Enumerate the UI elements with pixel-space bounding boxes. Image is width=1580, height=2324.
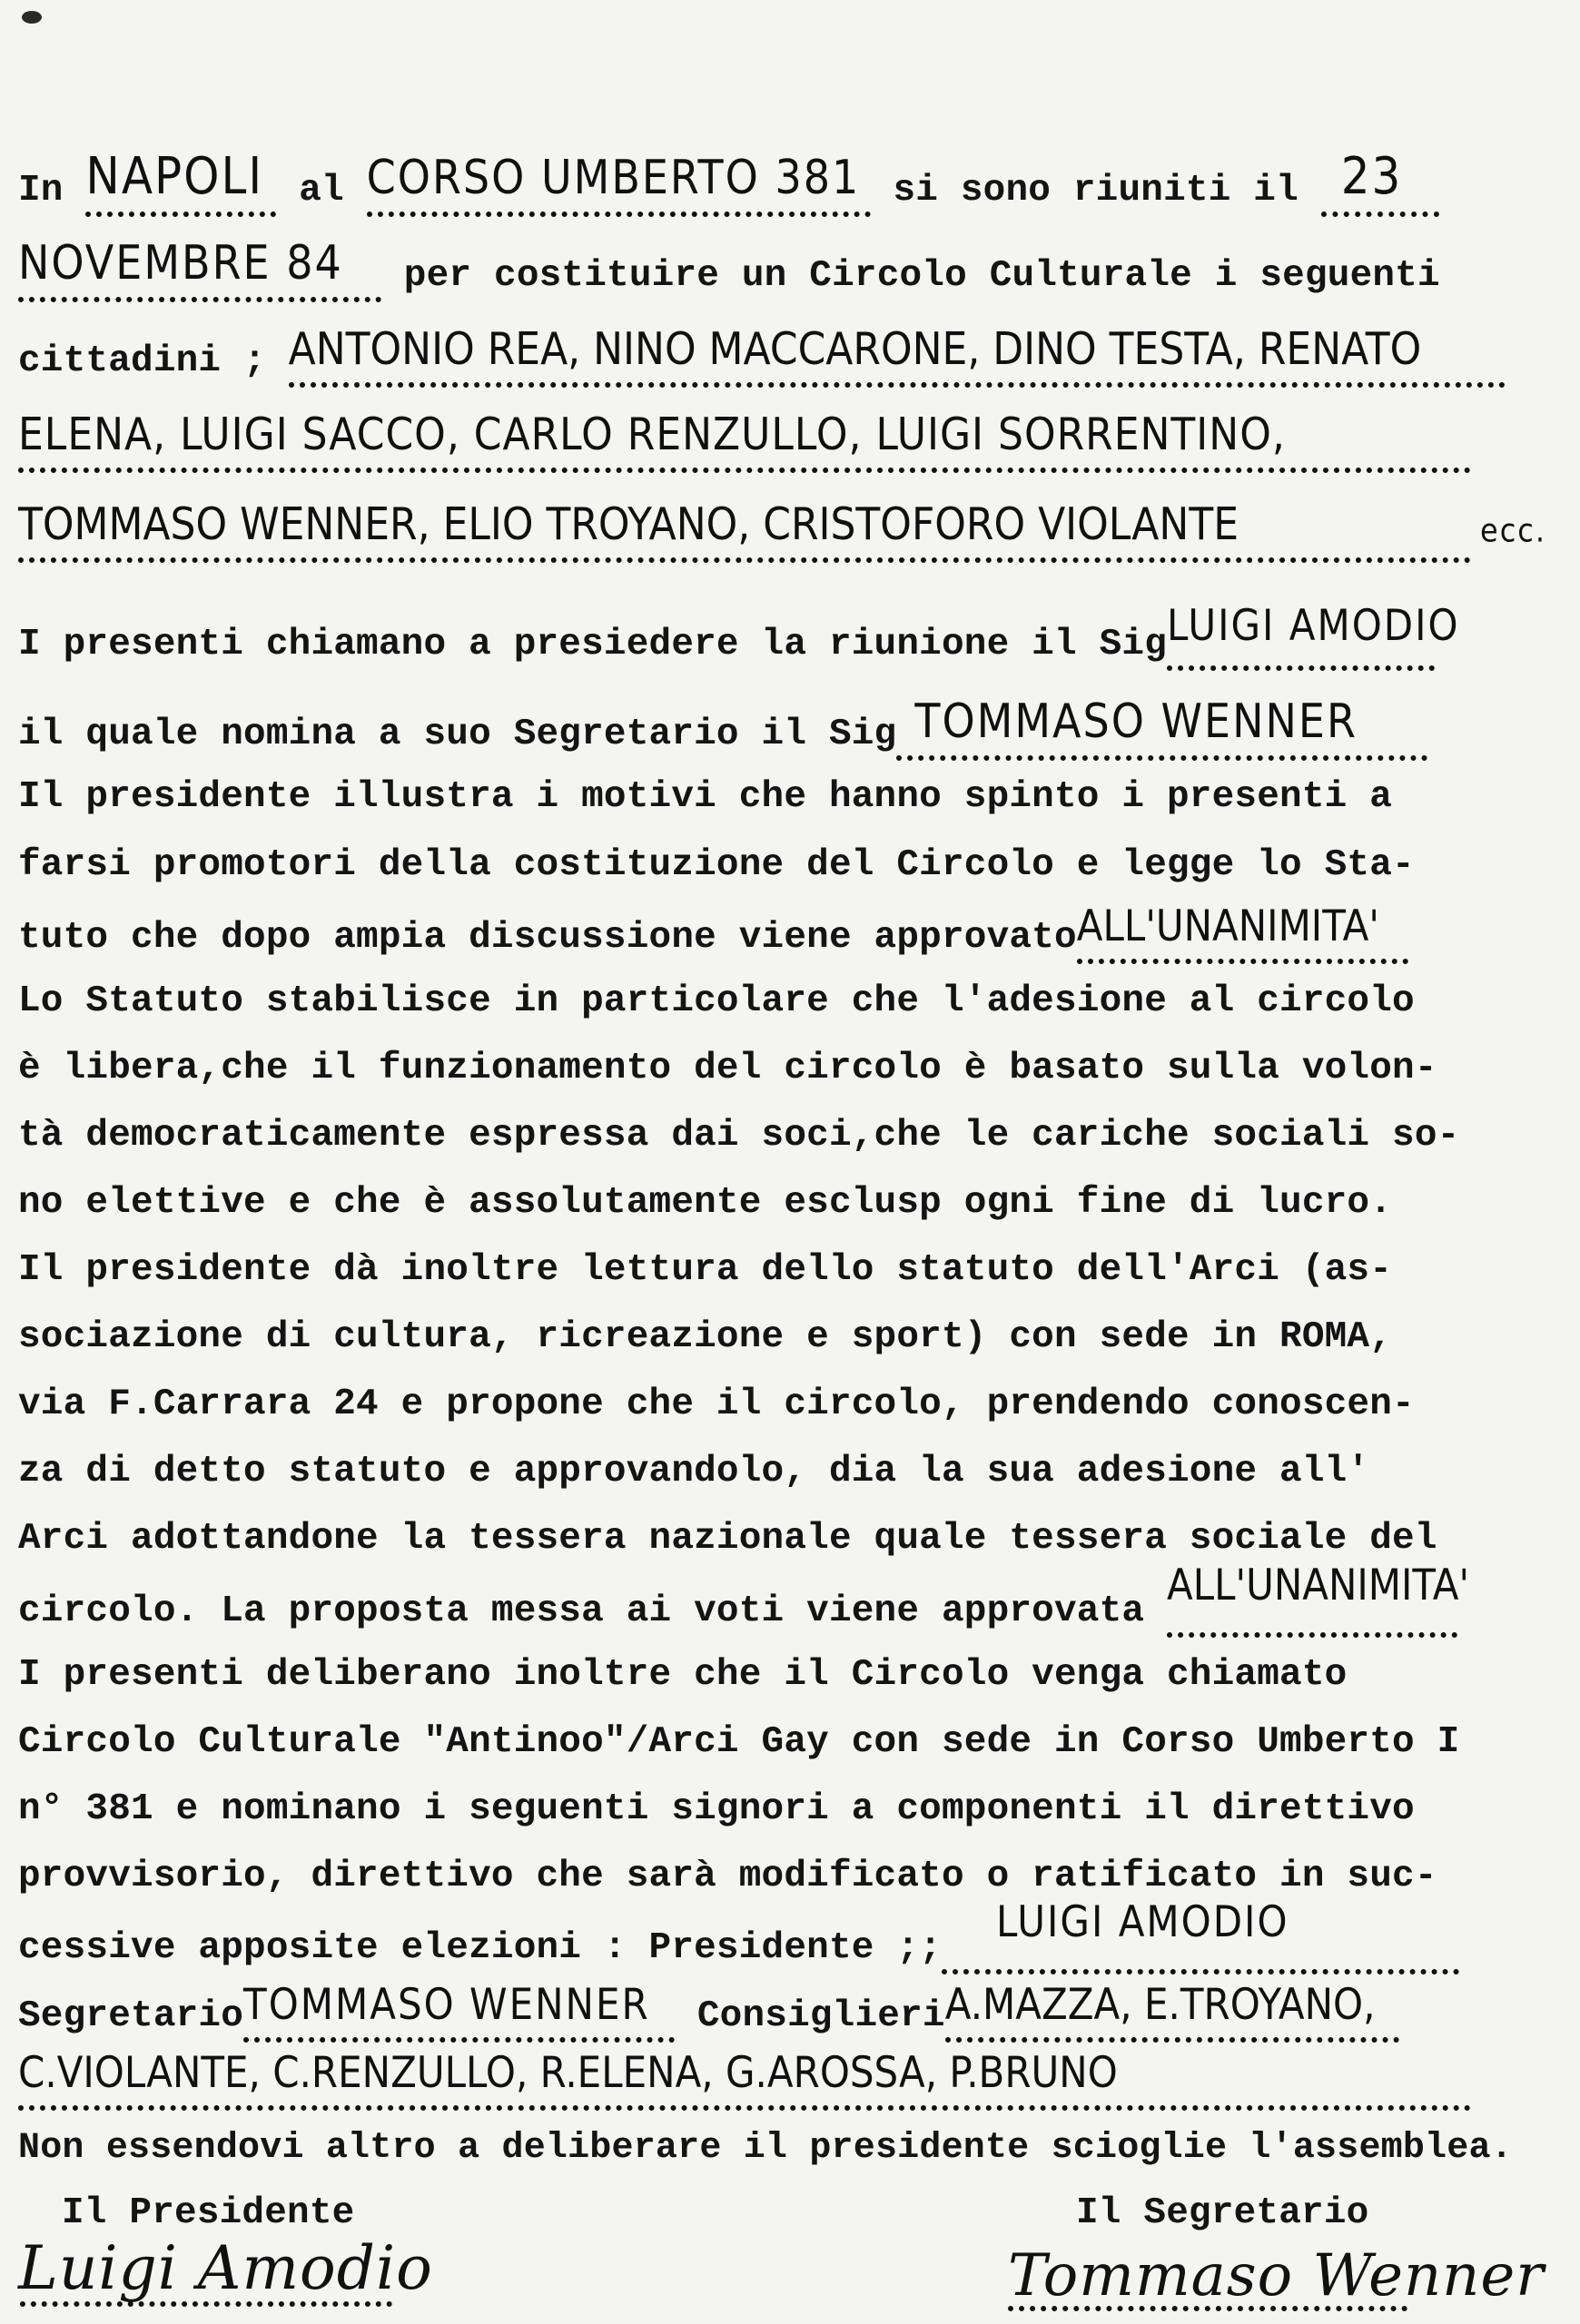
members-line-2: ELENA, LUIGI SACCO, CARLO RENZULLO, LUIG… [18, 413, 1286, 458]
president-name: LUIGI AMODIO [996, 1901, 1289, 1944]
vote-text: circolo. La proposta messa ai voti viene… [18, 1590, 1144, 1632]
statute-line: Arci adottandone la tessera nazionale qu… [18, 1521, 1437, 1558]
intro-line-3: cittadini ; ANTONIO REA, NINO MACCARONE,… [18, 338, 1506, 388]
statute-line: sociazione di cultura, ricreazione e spo… [18, 1319, 1392, 1356]
secretary-title: Il Segretario [1076, 2195, 1368, 2232]
city-field: NAPOLI [85, 151, 263, 202]
body-line: farsi promotori della costituzione del C… [18, 847, 1415, 884]
ink-speck [22, 11, 42, 24]
statute-line: Lo Statuto stabilisce in particolare che… [18, 983, 1415, 1020]
elections-label: cessive apposite elezioni : Presidente ;… [18, 1927, 942, 1969]
intro-line-4: ELENA, LUIGI SACCO, CARLO RENZULLO, LUIG… [18, 423, 1471, 473]
members-suffix: ecc. [1480, 514, 1546, 547]
naming-line: I presenti deliberano inoltre che il Cir… [18, 1657, 1347, 1694]
intro-line-5: TOMMASO WENNER, ELIO TROYANO, CRISTOFORO… [18, 513, 1471, 563]
councillors-line-1: A.MAZZA, E.TROYANO, [945, 1984, 1376, 2026]
statute-line: via F.Carrara 24 e propone che il circol… [18, 1386, 1415, 1423]
month-year-field: NOVEMBRE 84 [18, 239, 343, 286]
naming-line: Circolo Culturale "Antinoo"/Arci Gay con… [18, 1724, 1459, 1761]
closing-line: Non essendovi altro a deliberare il pres… [18, 2131, 1513, 2167]
president-title: Il Presidente [62, 2195, 354, 2232]
president-signature: Luigi Amodio [18, 2233, 433, 2303]
statute-line: no elettive e che è assolutamente esclus… [18, 1185, 1392, 1222]
statute-line: za di detto statuto e approvandolo, dia … [18, 1453, 1369, 1491]
officers-line: SegretarioTOMMASO WENNER ConsiglieriA.MA… [18, 1994, 1399, 2043]
chair-name: LUIGI AMODIO [1167, 605, 1460, 647]
statute-line: tà democraticamente espressa dai soci,ch… [18, 1118, 1459, 1155]
secretary-name: TOMMASO WENNER [914, 697, 1358, 744]
chair-label: I presenti chiamano a presiedere la riun… [18, 624, 1167, 665]
secretary-label: Segretario [18, 1995, 243, 2037]
body-line: tuto che dopo ampia discussione viene ap… [18, 915, 1408, 964]
vote-line: circolo. La proposta messa ai voti viene… [18, 1589, 1457, 1638]
secretary-signature: Tommaso Wenner [1008, 2242, 1545, 2309]
councillors-label: Consiglieri [675, 1995, 945, 2037]
label-al: al [276, 170, 366, 212]
secretary-label: il quale nomina a suo Segretario il Sig [18, 714, 896, 755]
members-line-1: ANTONIO REA, NINO MACCARONE, DINO TESTA,… [289, 328, 1422, 372]
president-signature-line [20, 2301, 392, 2307]
councillors-line: C.VIOLANTE, C.RENZULLO, R.ELENA, G.AROSS… [18, 2062, 1471, 2111]
label-riuniti: si sono riuniti il [871, 170, 1321, 212]
members-line-3: TOMMASO WENNER, ELIO TROYANO, CRISTOFORO… [18, 503, 1239, 547]
intro-line-2: NOVEMBRE 84 per costituire un Circolo Cu… [18, 250, 1440, 302]
day-field: 23 [1341, 151, 1403, 202]
naming-line: n° 381 e nominano i seguenti signori a c… [18, 1791, 1415, 1828]
body-line: Il presidente illustra i motivi che hann… [18, 779, 1392, 816]
councillors-line-2: C.VIOLANTE, C.RENZULLO, R.ELENA, G.AROSS… [18, 2052, 1118, 2094]
address-field: CORSO UMBERTO 381 [367, 153, 861, 201]
approval-1: ALL'UNANIMITA' [1077, 905, 1379, 948]
secretary-name: TOMMASO WENNER [243, 1984, 650, 2026]
secretary-line: il quale nomina a suo Segretario il SigT… [18, 708, 1427, 761]
secretary-signature-line [1008, 2306, 1407, 2311]
statute-line: è libera,che il funzionamento del circol… [18, 1050, 1437, 1088]
statute-line: Il presidente dà inoltre lettura dello s… [18, 1252, 1392, 1289]
label-cittadini: cittadini ; [18, 340, 289, 382]
purpose-text: per costituire un Circolo Culturale i se… [381, 255, 1440, 297]
body-line-text: tuto che dopo ampia discussione viene ap… [18, 917, 1077, 959]
naming-line: provvisorio, direttivo che sarà modifica… [18, 1858, 1437, 1896]
approval-2: ALL'UNANIMITA' [1167, 1564, 1469, 1607]
elections-line: cessive apposite elezioni : Presidente ;… [18, 1925, 1459, 1974]
intro-line-1: In NAPOLI al CORSO UMBERTO 381 si sono r… [18, 162, 1439, 217]
label-in: In [18, 170, 85, 212]
chair-line: I presenti chiamano a presiedere la riun… [18, 622, 1435, 671]
